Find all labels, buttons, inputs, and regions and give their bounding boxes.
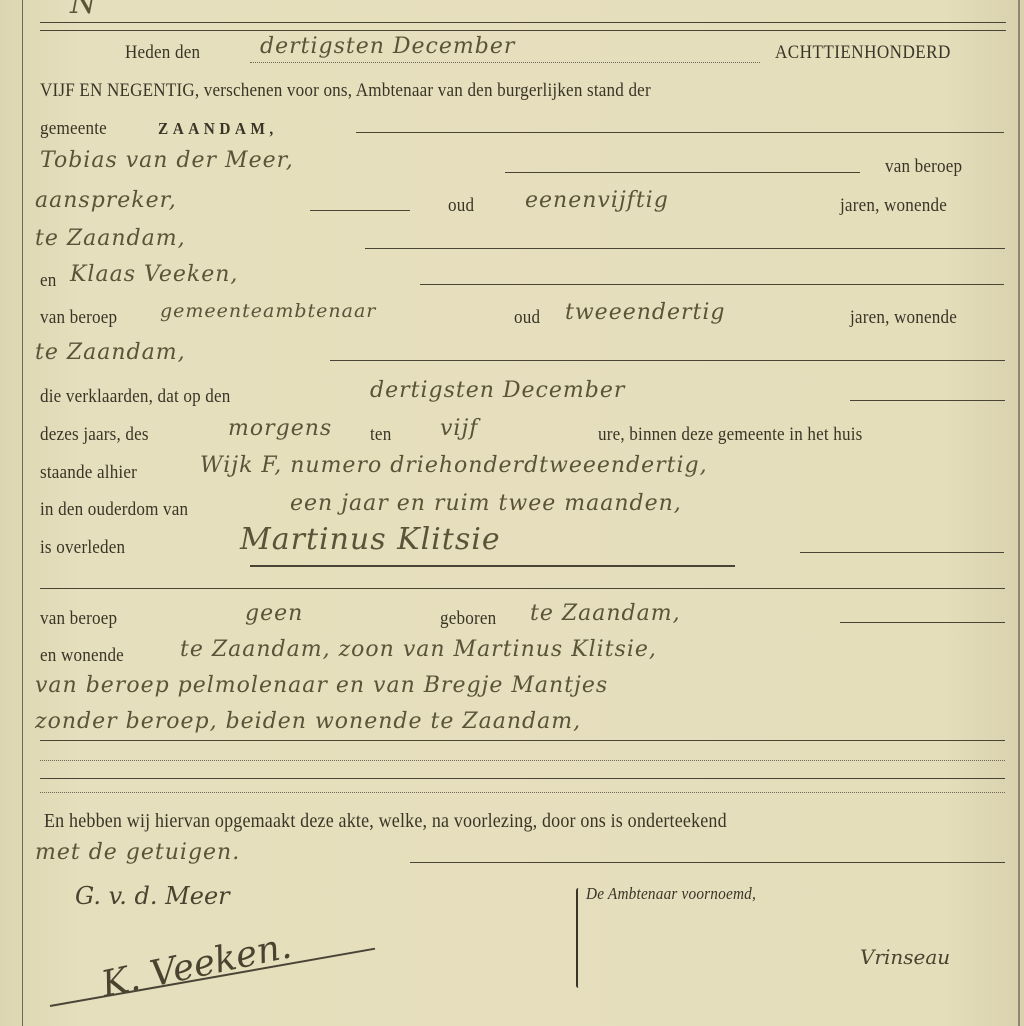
official-signature: Vrinseau: [860, 945, 950, 969]
fill-line: [40, 778, 1005, 779]
witness1-age-hand: eenenvijftig: [525, 188, 669, 213]
witness2-occupation-hand: gemeenteambtenaar: [160, 300, 376, 322]
parents-line2-hand: van beroep pelmolenaar en van Bregje Man…: [35, 673, 608, 698]
van-beroep-label: van beroep: [40, 307, 117, 329]
page-edge: [1018, 0, 1020, 1026]
witness1-signature: G. v. d. Meer: [75, 882, 230, 910]
header-rule-bottom: [40, 30, 1006, 31]
fill-line: [40, 588, 1005, 589]
hour-hand: vijf: [440, 416, 478, 441]
official-label: De Ambtenaar voornoemd,: [586, 884, 756, 904]
witness1-name-hand: Tobias van der Meer,: [40, 148, 294, 173]
left-margin-rule: [22, 0, 23, 1026]
fill-line: [850, 400, 1005, 401]
oud-label: oud: [514, 307, 540, 329]
municipality-name: ZAANDAM,: [158, 119, 278, 139]
record-number-hand: N°: [70, 0, 113, 21]
signature-brace: [576, 888, 581, 988]
fill-line: [40, 740, 1005, 741]
fill-line: [410, 862, 1005, 863]
deceased-name-hand: Martinus Klitsie: [240, 522, 501, 557]
year-label-1: ACHTTIENHONDERD: [775, 42, 951, 64]
witness2-age-hand: tweeendertig: [565, 300, 725, 325]
birthplace-hand: te Zaandam,: [530, 601, 681, 626]
fill-line: [505, 172, 860, 173]
document-page: N° Heden den dertigsten December ACHTTIE…: [0, 0, 1024, 1026]
jaren-wonende-label: jaren, wonende: [840, 195, 947, 217]
witness2-residence-hand: te Zaandam,: [35, 340, 186, 365]
ouderdom-label: in den ouderdom van: [40, 499, 188, 521]
gemeente-label: gemeente: [40, 118, 107, 140]
geboren-label: geboren: [440, 608, 496, 630]
deceased-occupation-hand: geen: [245, 601, 303, 626]
en-wonende-label: en wonende: [40, 645, 124, 667]
jaren-wonende-label: jaren, wonende: [850, 307, 957, 329]
witness1-residence-hand: te Zaandam,: [35, 226, 186, 251]
is-overleden-label: is overleden: [40, 537, 125, 559]
date-fill-line: [250, 62, 760, 63]
fill-line: [356, 132, 1004, 133]
witness2-signature: K. Veeken.: [98, 925, 295, 1005]
fill-line: [40, 760, 1005, 761]
name-underline: [250, 565, 735, 567]
fill-line: [840, 622, 1005, 623]
staande-alhier-label: staande alhier: [40, 462, 137, 484]
date-hand: dertigsten December: [260, 34, 515, 59]
witness1-occupation-hand: aanspreker,: [35, 188, 177, 213]
verklaarden-label: die verklaarden, dat op den: [40, 386, 231, 408]
ure-label: ure, binnen deze gemeente in het huis: [598, 424, 862, 446]
deceased-age-hand: een jaar en ruim twee maanden,: [290, 491, 682, 516]
fill-line: [420, 284, 1004, 285]
heden-den-label: Heden den: [125, 42, 200, 64]
oud-label: oud: [448, 195, 474, 217]
fill-line: [40, 792, 1005, 793]
van-beroep-label: van beroep: [40, 608, 117, 630]
fill-line: [330, 360, 1005, 361]
death-date-hand: dertigsten December: [370, 378, 625, 403]
time-of-day-hand: morgens: [228, 416, 332, 441]
dezes-jaars-label: dezes jaars, des: [40, 424, 149, 446]
fill-line: [310, 210, 410, 211]
en-label: en: [40, 270, 57, 292]
van-beroep-label: van beroep: [885, 156, 962, 178]
ten-label: ten: [370, 424, 391, 446]
closing-statement: En hebben wij hiervan opgemaakt deze akt…: [44, 810, 727, 833]
fill-line: [800, 552, 1004, 553]
closing-hand: met de getuigen.: [35, 840, 240, 865]
address-hand: Wijk F, numero driehonderdtweeendertig,: [200, 453, 708, 478]
parents-line1-hand: te Zaandam, zoon van Martinus Klitsie,: [180, 637, 657, 662]
year-and-intro-line: VIJF EN NEGENTIG, verschenen voor ons, A…: [40, 80, 651, 102]
fill-line: [365, 248, 1005, 249]
witness2-name-hand: Klaas Veeken,: [70, 262, 238, 287]
header-rule-top: [40, 22, 1006, 23]
parents-line3-hand: zonder beroep, beiden wonende te Zaandam…: [35, 709, 581, 734]
